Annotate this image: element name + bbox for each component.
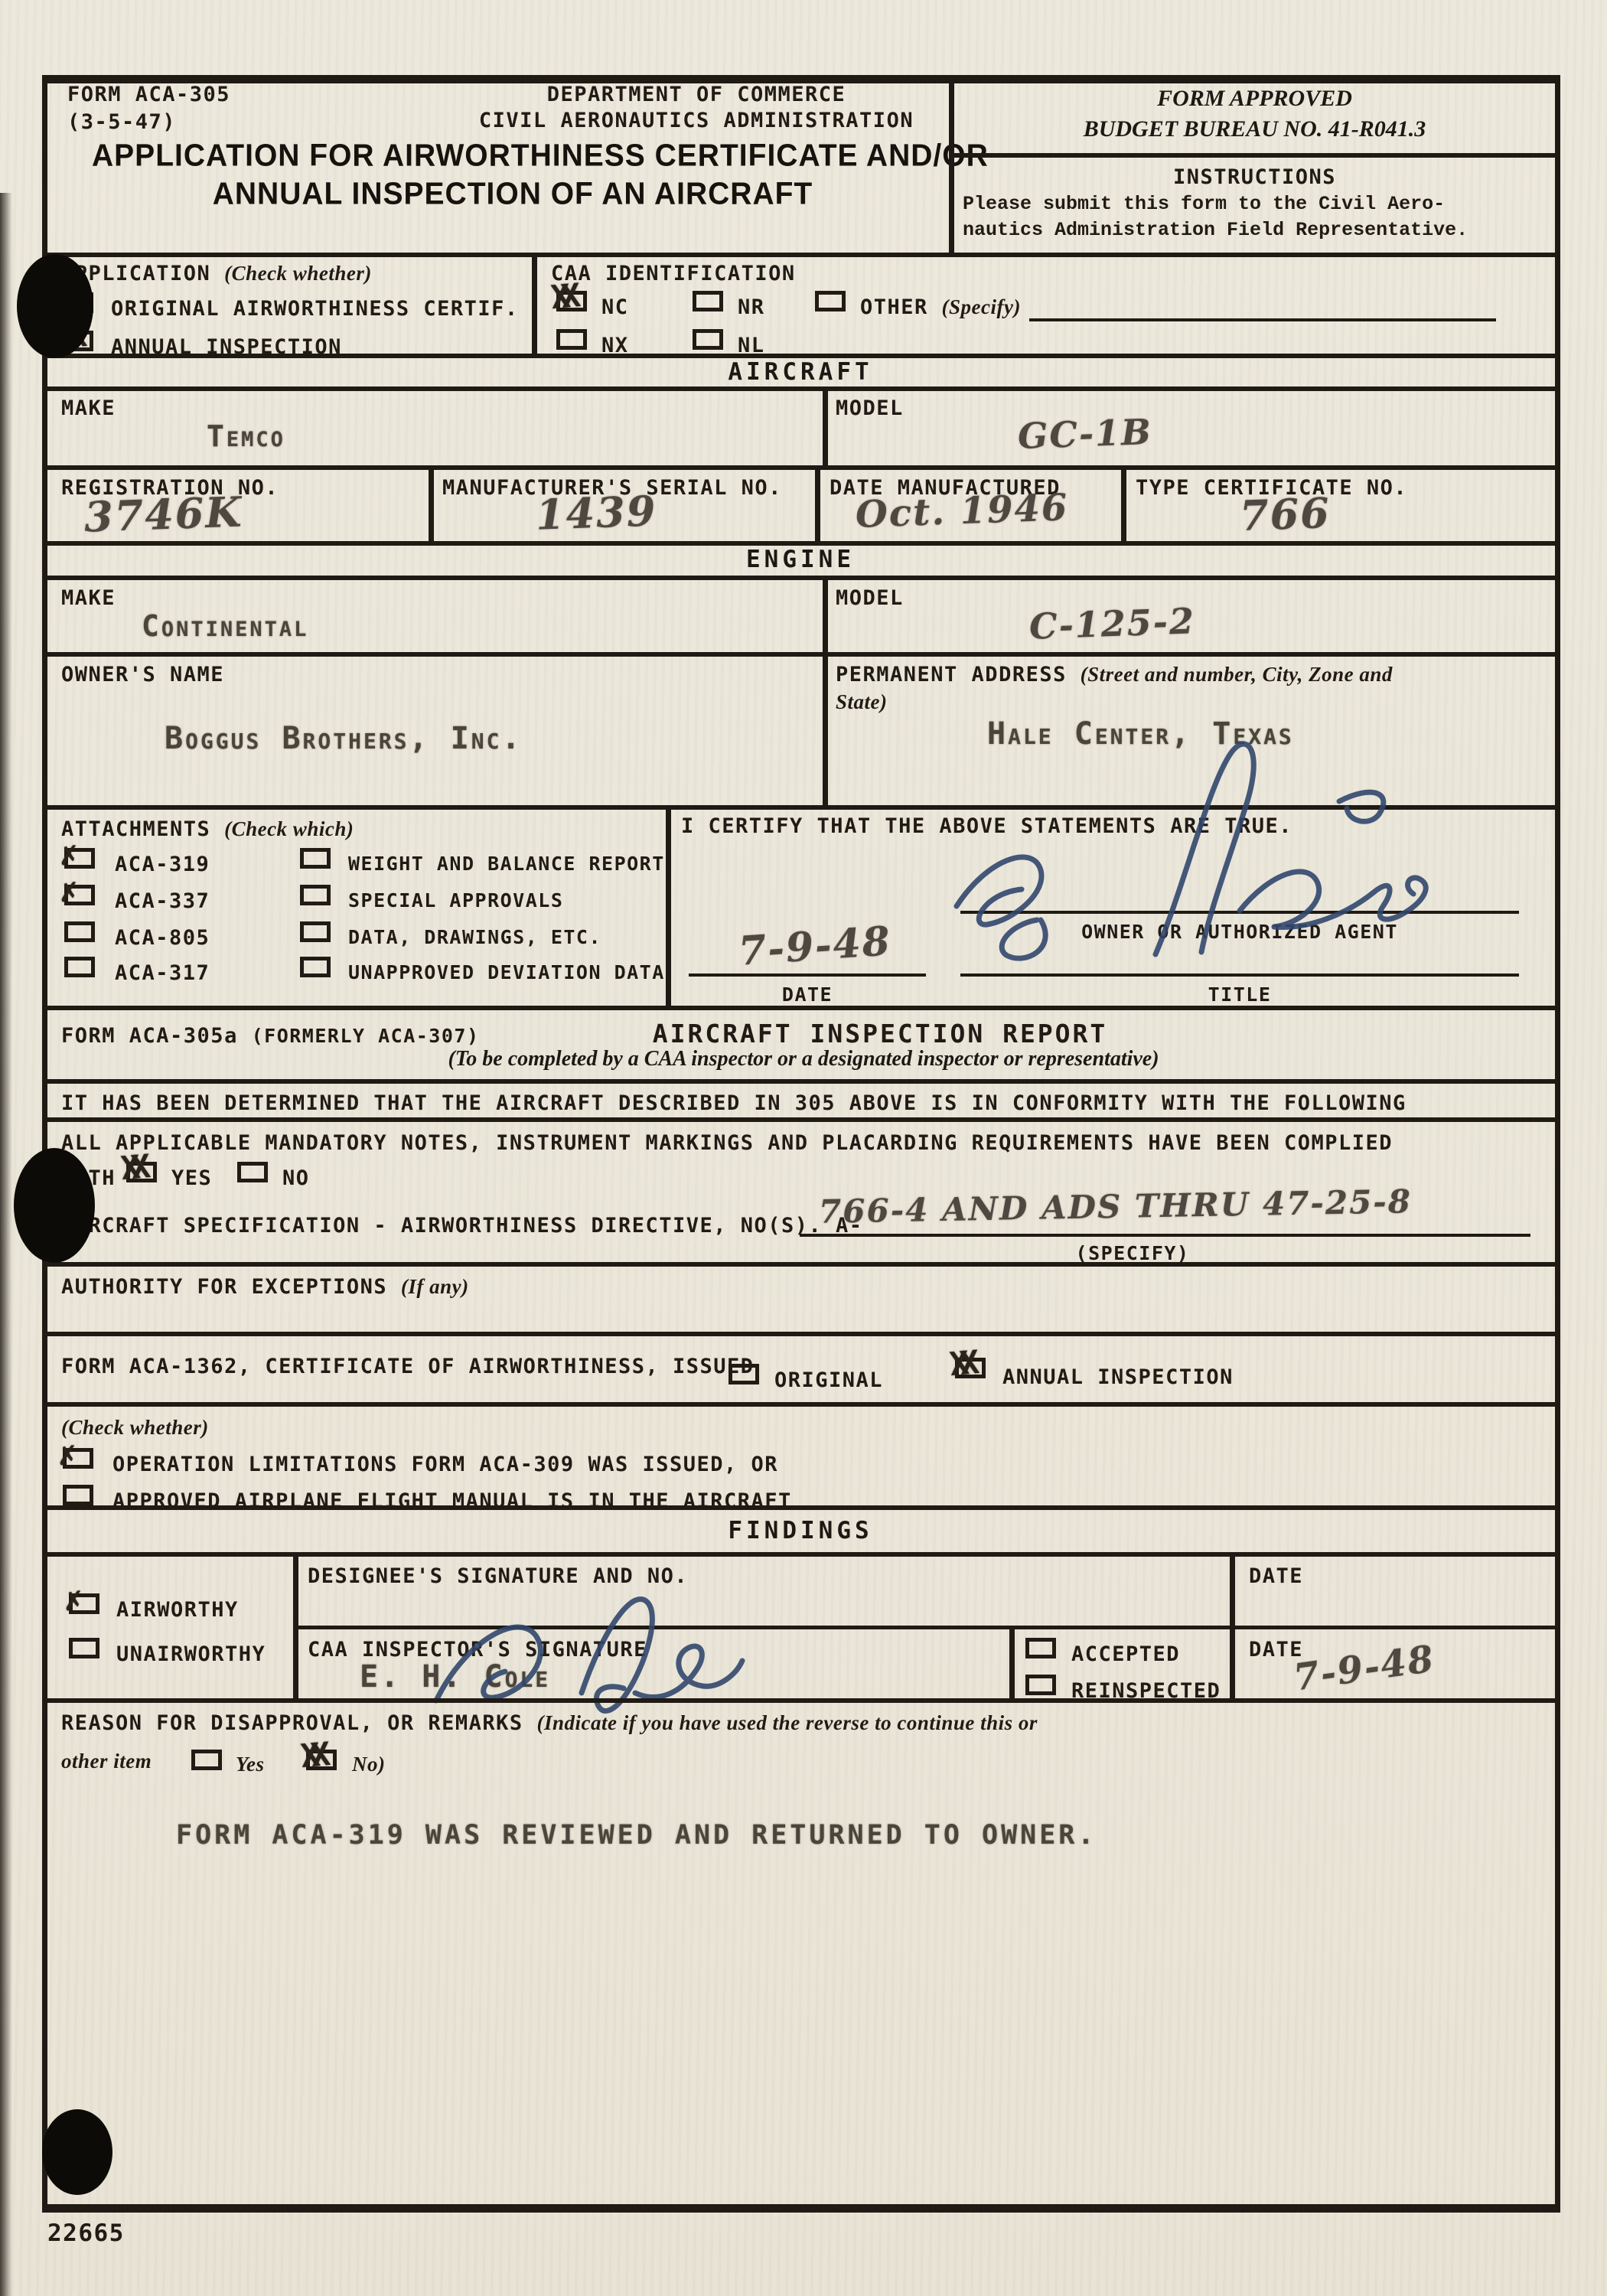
- date-line: [689, 974, 926, 977]
- agency-line1: DEPARTMENT OF COMMERCE: [429, 81, 964, 108]
- authority-exceptions-label: AUTHORITY FOR EXCEPTIONS (If any): [61, 1274, 469, 1300]
- divider: [42, 386, 1560, 391]
- divider: [823, 652, 828, 805]
- form-revision: (3-5-47): [67, 109, 176, 135]
- checkbox-mark: XX: [948, 1344, 972, 1383]
- remarks-note: FORM ACA-319 WAS REVIEWED AND RETURNED T…: [176, 1820, 1097, 1851]
- checkbox-mark: ✗: [62, 1580, 76, 1619]
- certification-date-value: 7-9-48: [737, 918, 893, 975]
- aca-319-label: ACA-319: [115, 851, 210, 878]
- checkbox-annual-issue: XX: [955, 1358, 986, 1378]
- checkbox-box: [191, 1750, 222, 1770]
- date-label: DATE: [689, 983, 926, 1008]
- aircraft-model-value: GC-1B: [1017, 411, 1153, 457]
- title-line: [960, 974, 1519, 977]
- accepted-label: ACCEPTED: [1071, 1641, 1180, 1668]
- engine-model-label: MODEL: [836, 585, 904, 612]
- aca-317-label: ACA-317: [115, 960, 210, 987]
- checkbox-accepted: [1025, 1638, 1056, 1658]
- border-left: [42, 75, 47, 2213]
- checkbox-box: [693, 329, 723, 350]
- attachments-label-paren: (Check which): [224, 817, 354, 840]
- divider: [42, 1006, 1560, 1010]
- divider: [42, 1079, 1560, 1084]
- permanent-address-paren2-text: State): [836, 690, 888, 713]
- checkbox-box: [1025, 1638, 1056, 1658]
- instructions-line1: Please submit this form to the Civil Aer…: [963, 191, 1445, 217]
- owner-name-value: Boggus Brothers, Inc.: [165, 721, 523, 756]
- original-airworthiness-label: ORIGINAL AIRWORTHINESS CERTIF.: [111, 295, 519, 322]
- checkbox-box: [63, 1485, 93, 1505]
- divider: [1009, 1626, 1015, 1698]
- data-drawings-label: DATA, DRAWINGS, ETC.: [348, 925, 601, 951]
- divider: [42, 1552, 1560, 1557]
- checkbox-box: [64, 957, 95, 977]
- hole-punch-top: [17, 254, 93, 358]
- footer-serial-code: 22665: [47, 2218, 125, 2249]
- checkbox-box: [556, 329, 587, 350]
- instructions-title: INSTRUCTIONS: [954, 164, 1555, 191]
- checkbox-no: [237, 1162, 268, 1182]
- annual-issue-label: ANNUAL INSPECTION: [1002, 1364, 1234, 1391]
- form-approved-line2: BUDGET BUREAU NO. 41-R041.3: [954, 116, 1555, 142]
- authority-exceptions-text: AUTHORITY FOR EXCEPTIONS: [61, 1275, 387, 1299]
- special-approvals-label: SPECIAL APPROVALS: [348, 889, 563, 914]
- airworthy-label: AIRWORTHY: [116, 1596, 239, 1623]
- engine-make-label: MAKE: [61, 585, 116, 612]
- cert-1362-label: FORM ACA-1362, CERTIFICATE OF AIRWORTHIN…: [61, 1353, 755, 1380]
- checkbox-mark: XX: [119, 1148, 143, 1187]
- checkbox-mark: XX: [549, 277, 573, 316]
- engine-section-header: ENGINE: [42, 546, 1559, 573]
- scanned-form-page: FORM ACA-305 (3-5-47) DEPARTMENT OF COMM…: [0, 0, 1607, 2296]
- divider: [42, 1117, 1560, 1122]
- engine-model-value: C-125-2: [1028, 600, 1196, 647]
- findings-section-header: FINDINGS: [42, 1517, 1559, 1544]
- report-title: AIRCRAFT INSPECTION REPORT: [536, 1018, 1224, 1051]
- checkbox-unairworthy: [69, 1638, 99, 1658]
- unapproved-deviation-label: UNAPPROVED DEVIATION DATA: [348, 960, 665, 986]
- remarks-other-item: other item: [61, 1748, 152, 1775]
- specify-line: [800, 1234, 1530, 1237]
- form-title-line2: ANNUAL INSPECTION OF AN AIRCRAFT: [92, 177, 934, 212]
- type-certificate-value: 766: [1239, 488, 1332, 540]
- checkbox-special-approvals: [300, 885, 331, 905]
- checkbox-nr: [693, 291, 723, 311]
- title-label: TITLE: [960, 983, 1519, 1008]
- application-label-paren: (Check whether): [224, 262, 372, 285]
- serial-value: 1439: [535, 486, 657, 539]
- divider: [1121, 465, 1126, 542]
- divider: [42, 1262, 1560, 1267]
- remarks-paren1: (Indicate if you have used the reverse t…: [536, 1711, 1037, 1734]
- aca-805-label: ACA-805: [115, 925, 210, 951]
- caa-identification-label: CAA IDENTIFICATION: [551, 260, 796, 287]
- date-manufactured-value: Oct. 1946: [855, 486, 1069, 536]
- attachments-label: ATTACHMENTS (Check which): [61, 816, 354, 843]
- complied-statement: ALL APPLICABLE MANDATORY NOTES, INSTRUME…: [61, 1130, 1393, 1156]
- checkbox-mark: XX: [299, 1736, 323, 1775]
- checkbox-remarks-no: XX: [306, 1750, 337, 1770]
- aircraft-model-label: MODEL: [836, 395, 904, 422]
- divider: [429, 465, 434, 542]
- hole-punch-middle: [14, 1148, 95, 1263]
- checkbox-box: [237, 1162, 268, 1182]
- designee-date-label: DATE: [1249, 1563, 1303, 1590]
- divider: [949, 75, 954, 257]
- other-specify-line: [1029, 318, 1496, 321]
- checkbox-airworthy: ✗: [69, 1593, 99, 1614]
- checkbox-remarks-yes: [191, 1750, 222, 1770]
- divider: [42, 253, 1560, 257]
- checkbox-mark: ✗: [57, 872, 71, 910]
- checkbox-reinspected: [1025, 1675, 1056, 1695]
- checkbox-original: [729, 1364, 759, 1384]
- checkbox-box: [300, 921, 331, 942]
- divider: [42, 1698, 1560, 1703]
- instructions-line2: nautics Administration Field Representat…: [963, 217, 1468, 243]
- determined-statement: IT HAS BEEN DETERMINED THAT THE AIRCRAFT…: [61, 1090, 1407, 1117]
- aircraft-make-value: Temco: [207, 419, 285, 453]
- unairworthy-label: UNAIRWORTHY: [116, 1641, 266, 1668]
- checkbox-aca-805: [64, 921, 95, 942]
- report-form-number-text: FORM ACA-305a: [61, 1024, 238, 1048]
- checkbox-nc: XX: [556, 291, 587, 311]
- other-label-text: OTHER: [860, 295, 928, 319]
- hole-punch-bottom: [42, 2109, 112, 2195]
- aca-337-label: ACA-337: [115, 888, 210, 915]
- original-issue-label: ORIGINAL: [774, 1367, 883, 1394]
- spec-directive-value: 766-4 AND ADS THRU 47-25-8: [819, 1182, 1413, 1231]
- checkbox-box: [729, 1364, 759, 1384]
- aircraft-section-header: AIRCRAFT: [42, 358, 1559, 386]
- remarks-yes-label: Yes: [236, 1751, 265, 1778]
- checkbox-weight-balance: [300, 848, 331, 869]
- divider: [42, 652, 1560, 657]
- remarks-no-label: No): [352, 1751, 386, 1778]
- checkbox-flight-manual: [63, 1485, 93, 1505]
- checkbox-unapproved-deviation: [300, 957, 331, 977]
- report-form-number: FORM ACA-305a (FORMERLY ACA-307): [61, 1022, 480, 1049]
- permanent-address-paren1: (Street and number, City, Zone and: [1081, 663, 1393, 686]
- weight-balance-label: WEIGHT AND BALANCE REPORT: [348, 852, 665, 877]
- divider: [532, 253, 537, 355]
- no-label: NO: [282, 1165, 310, 1192]
- checkbox-nl: [693, 329, 723, 350]
- agency-line2: CIVIL AERONAUTICS ADMINISTRATION: [429, 107, 964, 134]
- border-right: [1555, 75, 1560, 2213]
- checkbox-box: [69, 1638, 99, 1658]
- report-formerly: (FORMERLY ACA-307): [252, 1025, 480, 1047]
- remarks-paren2: other item: [61, 1750, 152, 1773]
- attachments-label-text: ATTACHMENTS: [61, 817, 210, 841]
- checkbox-box: [693, 291, 723, 311]
- divider: [42, 1402, 1560, 1407]
- checkbox-box: [64, 921, 95, 942]
- owner-signature: [880, 729, 1508, 966]
- checkbox-box: [300, 957, 331, 977]
- divider: [949, 153, 1559, 158]
- permanent-address-label: PERMANENT ADDRESS (Street and number, Ci…: [836, 661, 1393, 688]
- checkbox-nx: [556, 329, 587, 350]
- checkbox-other: [815, 291, 846, 311]
- application-label: APPLICATION (Check whether): [61, 260, 372, 287]
- form-approved-line1: FORM APPROVED: [954, 86, 1555, 112]
- checkbox-operation-limitations: ✗: [63, 1448, 93, 1469]
- checkbox-yes: XX: [126, 1162, 157, 1182]
- remarks-label-text: REASON FOR DISAPPROVAL, OR REMARKS: [61, 1711, 523, 1735]
- nc-label: NC: [601, 294, 629, 321]
- nr-label: NR: [738, 294, 765, 321]
- permanent-address-paren2: State): [836, 689, 888, 716]
- operation-limitations-label: OPERATION LIMITATIONS FORM ACA-309 WAS I…: [112, 1451, 778, 1478]
- divider: [42, 465, 1560, 470]
- checkbox-aca-317: [64, 957, 95, 977]
- form-title-line1: APPLICATION FOR AIRWORTHINESS CERTIFICAT…: [92, 139, 934, 174]
- border-bottom: [42, 2204, 1560, 2213]
- authority-exceptions-paren: (If any): [401, 1275, 469, 1298]
- divider: [42, 1505, 1560, 1510]
- divider: [42, 576, 1560, 580]
- form-number: FORM ACA-305: [67, 81, 230, 108]
- divider: [815, 465, 820, 542]
- remarks-yes-text: Yes: [236, 1753, 265, 1776]
- check-whether-label: (Check whether): [61, 1414, 209, 1441]
- engine-make-value: Continental: [142, 609, 308, 643]
- checkbox-data-drawings: [300, 921, 331, 942]
- other-label-paren: (Specify): [942, 295, 1021, 318]
- spec-directive-label: AIRCRAFT SPECIFICATION - AIRWORTHINESS D…: [61, 1212, 863, 1239]
- checkbox-box: [1025, 1675, 1056, 1695]
- checkbox-box: [815, 291, 846, 311]
- flight-manual-label: APPROVED AIRPLANE FLIGHT MANUAL IS IN TH…: [112, 1488, 792, 1515]
- divider: [42, 1332, 1560, 1336]
- remarks-no-text: No): [352, 1753, 386, 1776]
- checkbox-box: [300, 885, 331, 905]
- aircraft-make-label: MAKE: [61, 395, 116, 422]
- inspector-date-value: 7-9-48: [1291, 1637, 1437, 1699]
- divider: [823, 576, 828, 652]
- checkbox-aca-319: ✗: [64, 848, 95, 869]
- permanent-address-label-text: PERMANENT ADDRESS: [836, 663, 1067, 687]
- divider: [666, 805, 671, 1006]
- yes-label: YES: [171, 1165, 212, 1192]
- checkbox-box: [300, 848, 331, 869]
- checkbox-aca-337: ✗: [64, 885, 95, 905]
- other-label: OTHER (Specify): [860, 294, 1021, 321]
- check-whether-text: (Check whether): [61, 1416, 209, 1439]
- divider: [823, 386, 828, 467]
- report-subtitle: (To be completed by a CAA inspector or a…: [230, 1047, 1377, 1071]
- owner-name-label: OWNER'S NAME: [61, 661, 224, 688]
- scan-edge-shadow: [0, 193, 12, 2296]
- remarks-label: REASON FOR DISAPPROVAL, OR REMARKS (Indi…: [61, 1710, 1038, 1737]
- registration-value: 3746K: [83, 487, 243, 541]
